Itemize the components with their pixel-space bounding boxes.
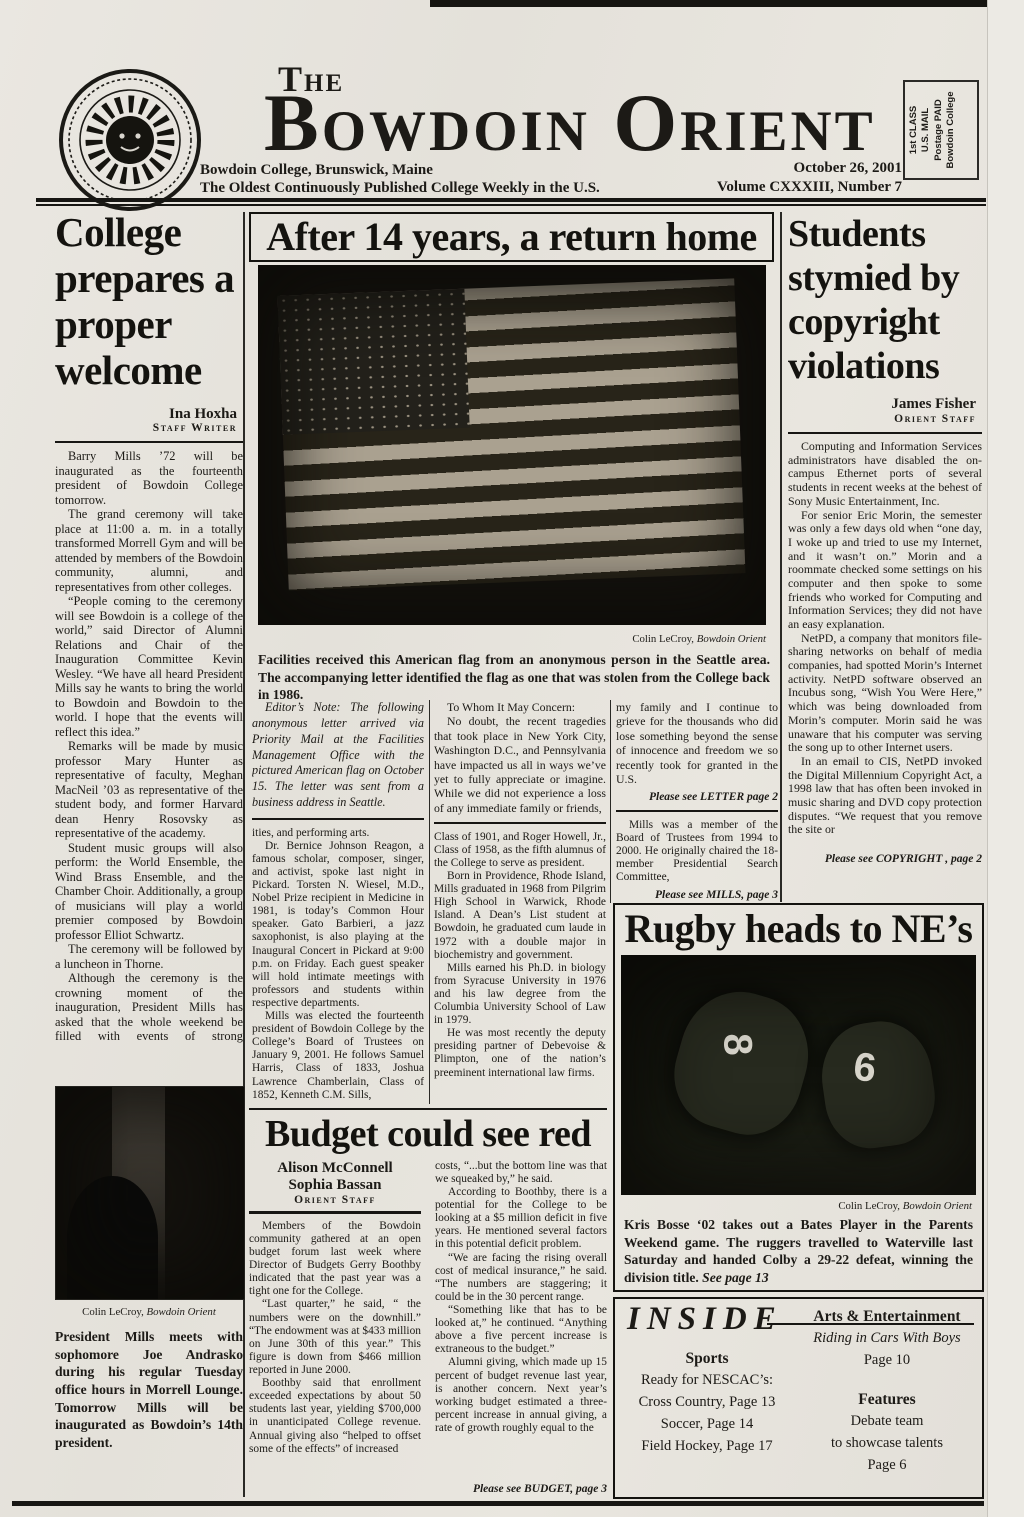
byline-rule [249,1211,421,1214]
budget-col1-body: Members of the Bowdoin community gathere… [249,1220,421,1485]
paragraph: No doubt, the recent tragedies that took… [434,714,606,815]
photo-credit: Colin LeCroy, Bowdoin Orient [55,1306,243,1318]
column-rule [429,700,430,1104]
issue-date: October 26, 2001 [690,159,902,178]
inside-title: INSIDE [627,1301,783,1338]
return-home-col1-body: ities, and performing arts. Dr. Bernice … [252,827,424,1102]
paragraph: Members of the Bowdoin community gathere… [249,1220,421,1299]
paragraph: He was most recently the deputy presidin… [434,1027,606,1079]
mills-office-hours-photo [55,1086,245,1300]
postage-stamp: 1st CLASS U.S. MAIL Postage PAID Bowdoin… [903,80,979,180]
masthead-dateline: October 26, 2001 Volume CXXXIII, Number … [690,159,902,197]
anonymous-letter-cont: my family and I continue to grieve for t… [616,700,778,786]
masthead-title: Bowdoin Orient [264,84,876,162]
return-home-col3: my family and I continue to grieve for t… [616,700,778,903]
scan-edge-top [430,0,990,7]
welcome-headline: College prepares a proper welcome [55,210,243,394]
return-home-headline: After 14 years, a return home [249,212,774,262]
paragraph: Although the ceremony is the crowning mo… [55,971,243,1045]
bowdoin-college-seal-logo [56,66,204,214]
bottom-page-rule [12,1501,984,1506]
section-rule [616,810,778,812]
newspaper-front-page: The Bowdoin Orient Bowdoin College, Brun… [0,0,1024,1517]
american-flag-photo [258,265,766,625]
paragraph: Born in Providence, Rhode Island, Mills … [434,870,606,962]
byline-rule [55,441,243,444]
anonymous-letter: To Whom It May Concern: No doubt, the re… [434,700,606,815]
paragraph: Remarks will be made by music professor … [55,739,243,841]
masthead-rule-thick [36,198,986,202]
paragraph: Alumni giving, which made up 15 percent … [435,1356,607,1435]
welcome-byline: Ina Hoxha Staff Writer [55,406,243,436]
column-rule [610,700,611,903]
masthead-address: Bowdoin College, Brunswick, Maine [200,161,433,180]
return-home-col2-body: Class of 1901, and Roger Howell, Jr., Cl… [434,831,606,1080]
budget-col1: Alison McConnell Sophia Bassan Orient St… [249,1160,421,1495]
inside-box: INSIDE Sports Ready for NESCAC’s: Cross … [613,1297,984,1499]
flag-photo-caption: Facilities received this American flag f… [258,651,770,704]
mills-continuation: Mills was a member of the Board of Trust… [616,819,778,885]
paragraph: costs, “...but the bottom line was that … [435,1160,607,1186]
budget-columns: Alison McConnell Sophia Bassan Orient St… [249,1160,607,1495]
inside-sports: Sports Ready for NESCAC’s: Cross Country… [619,1347,795,1457]
paragraph: “Last quarter,” he said, “ the numbers w… [249,1298,421,1377]
paragraph: Dr. Bernice Johnson Reagon, a famous sch… [252,840,424,1010]
article-budget: Budget could see red Alison McConnell So… [249,1108,607,1495]
paragraph: “We are facing the rising overall cost o… [435,1252,607,1304]
masthead-rule-thin [36,204,986,206]
editors-note: Editor’s Note: The following anonymous l… [252,700,424,811]
paragraph: ities, and performing arts. [252,827,424,840]
paragraph: In an email to CIS, NetPD invoked the Di… [788,755,982,837]
photo-credit: Colin LeCroy, Bowdoin Orient [258,633,766,645]
paragraph: Mills was a member of the Board of Trust… [616,819,778,885]
scan-edge-right [987,0,1024,1517]
section-rule [434,822,606,824]
paragraph: NetPD, a company that monitors file-shar… [788,632,982,755]
return-home-col1: Editor’s Note: The following anonymous l… [252,700,424,1108]
photo-credit: Colin LeCroy, Bowdoin Orient [615,1195,982,1212]
paragraph: “Something like that has to be looked at… [435,1304,607,1356]
budget-byline: Alison McConnell Sophia Bassan Orient St… [249,1160,421,1207]
copyright-body: Computing and Information Services admin… [788,440,982,848]
article-copyright: Students stymied by copyright violations… [788,212,982,865]
paragraph: “People coming to the ceremony will see … [55,594,243,739]
paragraph: my family and I continue to grieve for t… [616,700,778,786]
mills-photo-caption: President Mills meets with sophomore Joe… [55,1328,243,1452]
rugby-caption: Kris Bosse ‘02 takes out a Bates Player … [615,1212,982,1287]
budget-headline: Budget could see red [249,1114,607,1156]
column-rule [243,212,245,1497]
paragraph: Computing and Information Services admin… [788,440,982,508]
postage-stamp-text: 1st CLASS U.S. MAIL Postage PAID Bowdoin… [908,84,974,176]
section-rule [249,1108,607,1110]
return-home-col2: To Whom It May Concern: No doubt, the re… [434,700,606,1108]
inside-arts-features: Arts & Entertainment Riding in Cars With… [797,1305,977,1476]
paragraph: Boothby said that enrollment exceeded ex… [249,1377,421,1456]
column-rule [780,212,782,902]
copyright-headline: Students stymied by copyright violations [788,212,982,388]
rugby-headline: Rugby heads to NE’s [615,905,982,953]
paragraph: According to Boothby, there is a potenti… [435,1186,607,1252]
paragraph: Class of 1901, and Roger Howell, Jr., Cl… [434,831,606,870]
budget-jumpline: Please see BUDGET, page 3 [435,1483,607,1495]
paragraph: The ceremony will be followed by a lunch… [55,942,243,971]
article-rugby: Rugby heads to NE’s 8 6 Colin LeCroy, Bo… [613,903,984,1292]
paragraph: The grand ceremony will take place at 11… [55,507,243,594]
paragraph: Mills was elected the fourteenth preside… [252,1010,424,1102]
letter-jumpline: Please see LETTER page 2 [616,791,778,803]
copyright-byline: James Fisher Orient Staff [788,396,982,426]
copyright-jumpline: Please see COPYRIGHT , page 2 [788,853,982,865]
welcome-body: Barry Mills ’72 will be inaugurated as t… [55,449,243,1045]
paragraph: Student music groups will also perform: … [55,841,243,943]
budget-col2: costs, “...but the bottom line was that … [435,1160,607,1495]
section-rule [252,818,424,820]
issue-volume: Volume CXXXIII, Number 7 [690,178,902,197]
budget-col2-body: costs, “...but the bottom line was that … [435,1160,607,1478]
byline-rule [788,432,982,435]
paragraph: For senior Eric Morin, the semester was … [788,509,982,632]
mills-jumpline: Please see MILLS, page 3 [616,889,778,901]
paragraph: Barry Mills ’72 will be inaugurated as t… [55,449,243,507]
rugby-photo: 8 6 [621,955,976,1195]
paragraph: Mills earned his Ph.D. in biology from S… [434,962,606,1028]
masthead-tagline: The Oldest Continuously Published Colleg… [200,179,600,198]
mills-photo-block: Colin LeCroy, Bowdoin Orient President M… [55,1086,243,1452]
letter-salutation: To Whom It May Concern: [434,700,606,714]
article-welcome: College prepares a proper welcome Ina Ho… [55,210,243,1045]
